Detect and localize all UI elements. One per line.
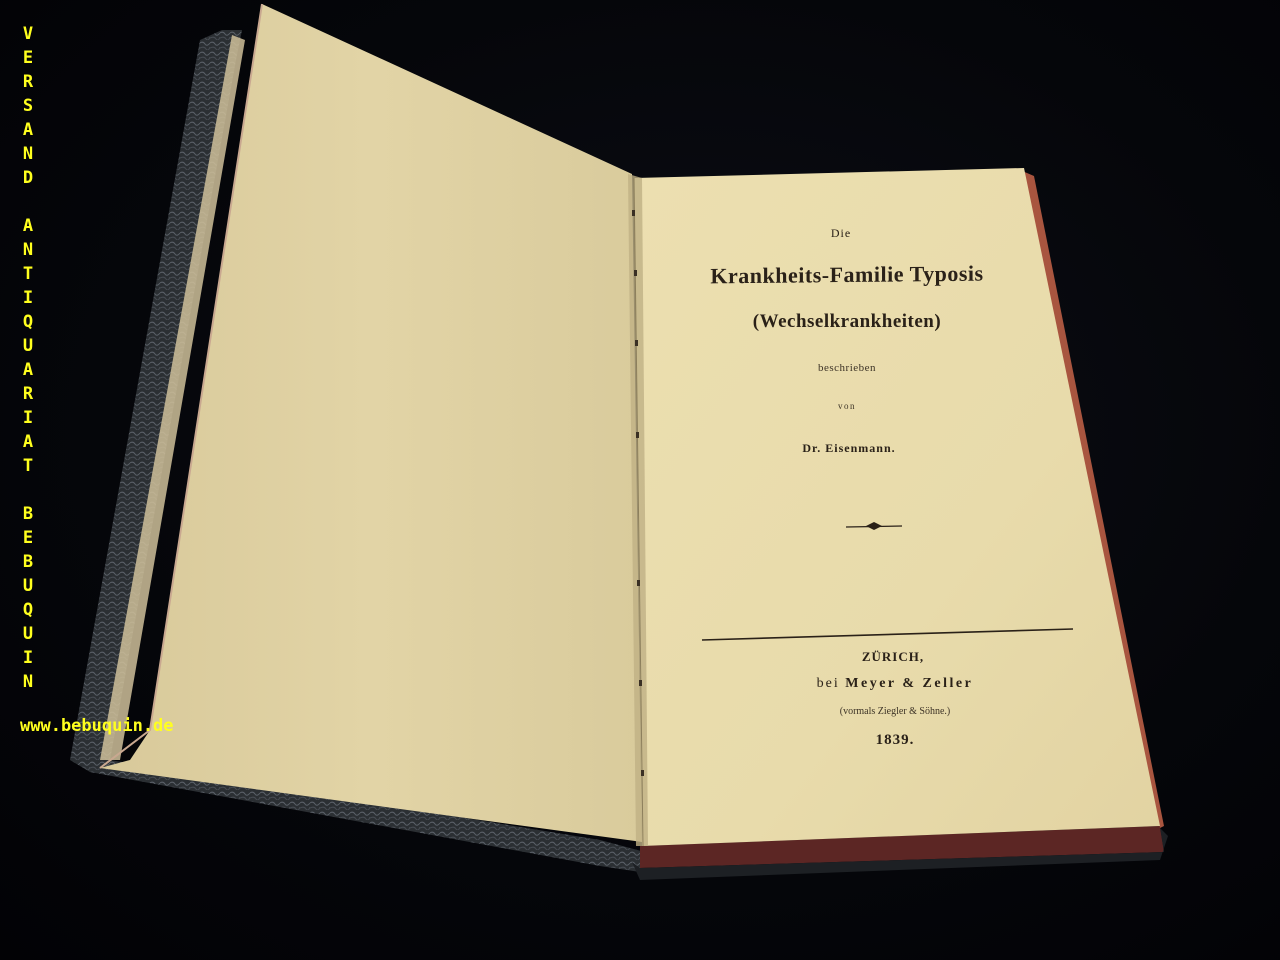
- book-subtitle: (Wechselkrankheiten): [612, 311, 1082, 333]
- watermark-letter: E: [18, 46, 38, 70]
- watermark-letter: V: [18, 22, 38, 46]
- imprint-publisher: bei Meyer & Zeller: [660, 676, 1130, 692]
- watermark-letter: A: [18, 358, 38, 382]
- publication-year: 1839.: [660, 732, 1130, 749]
- watermark-letter: A: [18, 118, 38, 142]
- imprint-city: ZÜRICH,: [658, 649, 1128, 665]
- watermark-letter: A: [18, 214, 38, 238]
- watermark-letter: T: [18, 262, 38, 286]
- watermark-letter: B: [18, 502, 38, 526]
- watermark-letter: N: [18, 238, 38, 262]
- watermark-letter: N: [18, 670, 38, 694]
- watermark-letter: S: [18, 94, 38, 118]
- watermark-letter: U: [18, 622, 38, 646]
- watermark-letter: Q: [18, 310, 38, 334]
- watermark-letter: T: [18, 454, 38, 478]
- publisher-former-name: (vormals Ziegler & Söhne.): [660, 706, 1130, 717]
- watermark-letter: A: [18, 430, 38, 454]
- watermark-vertical: VERSAND ANTIQUARIAT BEBUQUIN: [18, 22, 38, 718]
- left-endpaper: [100, 4, 642, 842]
- watermark-letter: D: [18, 166, 38, 190]
- author-name: Dr. Eisenmann.: [614, 441, 1084, 456]
- publisher-prefix: bei: [817, 676, 840, 691]
- publisher-name: Meyer & Zeller: [845, 676, 973, 691]
- book-title: Krankheits-Familie Typosis: [612, 260, 1082, 291]
- watermark-letter: I: [18, 286, 38, 310]
- book-photo: VERSAND ANTIQUARIAT BEBUQUIN www.bebuqui…: [0, 0, 1280, 960]
- watermark-letter: N: [18, 142, 38, 166]
- book-illustration: [0, 0, 1280, 960]
- watermark-letter: R: [18, 70, 38, 94]
- watermark-word-3: BEBUQUIN: [18, 502, 38, 694]
- title-article: Die: [606, 226, 1076, 241]
- watermark-letter: B: [18, 550, 38, 574]
- watermark-letter: U: [18, 334, 38, 358]
- watermark-letter: Q: [18, 598, 38, 622]
- watermark-word-2: ANTIQUARIAT: [18, 214, 38, 478]
- watermark-letter: I: [18, 646, 38, 670]
- by-label: von: [612, 401, 1082, 411]
- watermark-letter: E: [18, 526, 38, 550]
- watermark-letter: R: [18, 382, 38, 406]
- watermark-letter: U: [18, 574, 38, 598]
- watermark-word-1: VERSAND: [18, 22, 38, 190]
- described-label: beschrieben: [612, 362, 1082, 374]
- watermark-url: www.bebuquin.de: [20, 716, 174, 736]
- watermark-letter: I: [18, 406, 38, 430]
